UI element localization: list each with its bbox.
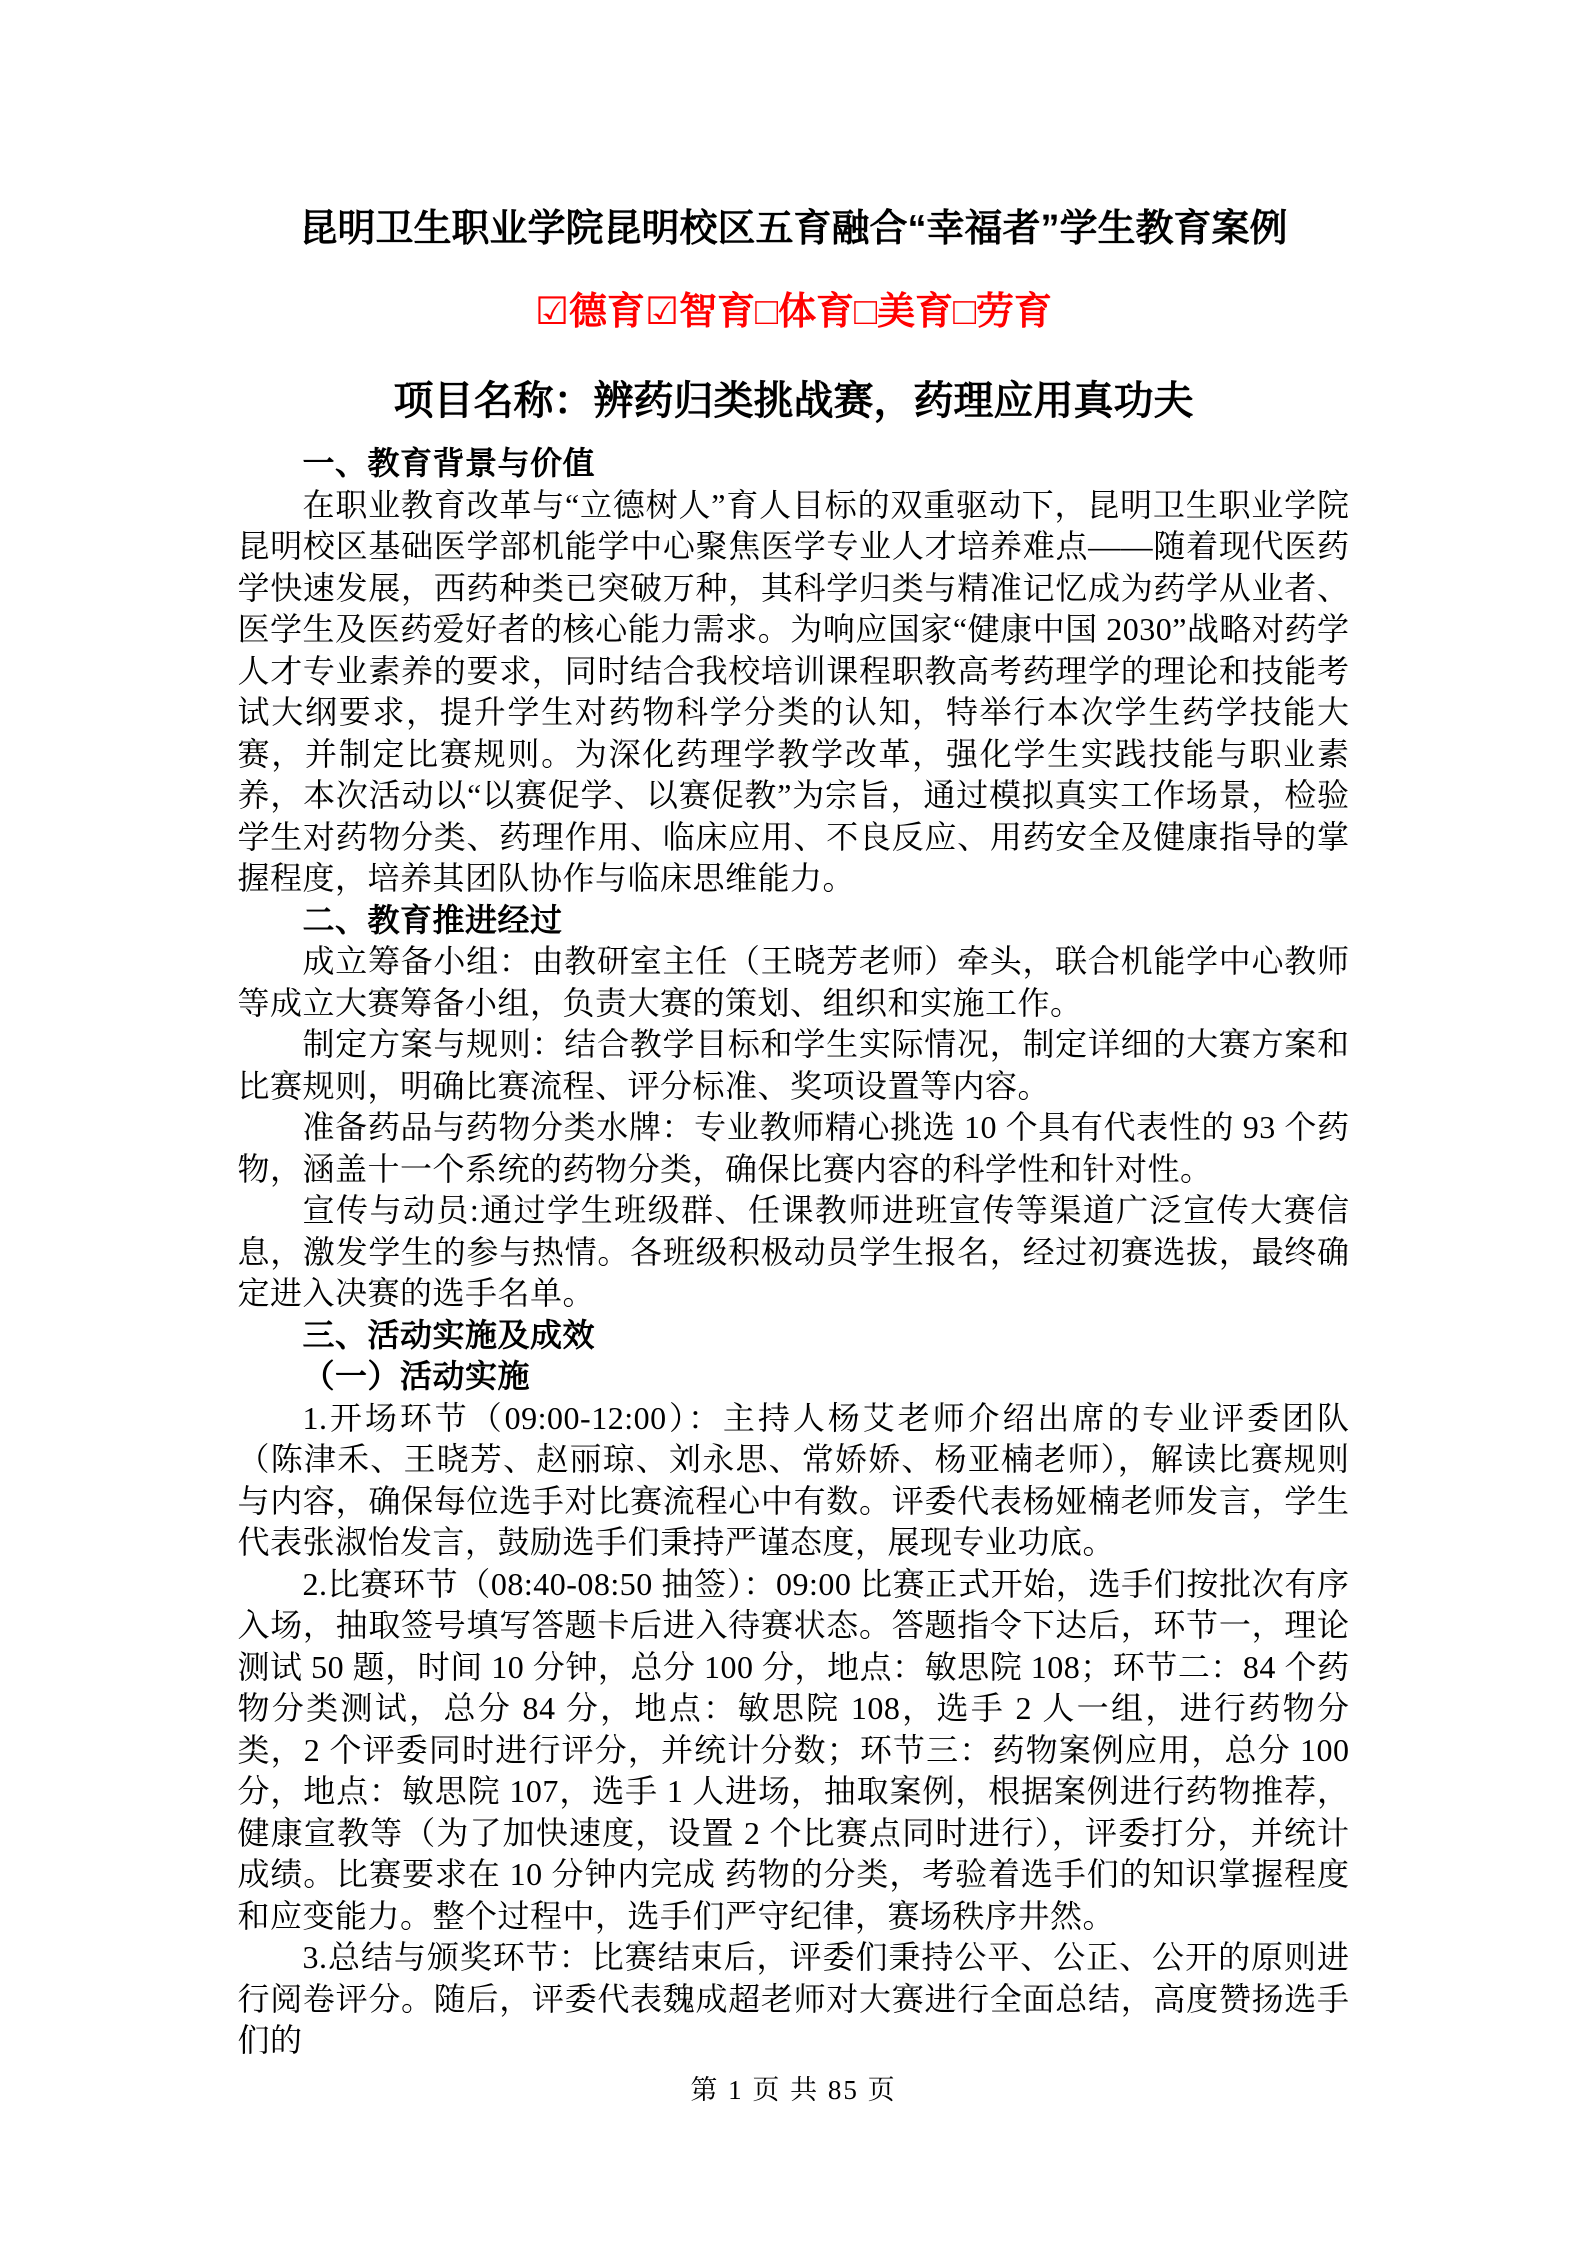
- paragraph: 3.总结与颁奖环节：比赛结束后，评委们秉持公平、公正、公开的原则进行阅卷评分。随…: [238, 1937, 1350, 2062]
- paragraph: 1.开场环节（09:00-12:00）：主持人杨艾老师介绍出席的专业评委团队（陈…: [238, 1398, 1350, 1564]
- subsection-heading-3-1: （一）活动实施: [238, 1356, 1350, 1398]
- checkbox-unchecked-icon: □: [953, 291, 976, 333]
- paragraph: 成立筹备小组：由教研室主任（王晓芳老师）牵头，联合机能学中心教师等成立大赛筹备小…: [238, 941, 1350, 1024]
- category-label-tiyu: 体育: [778, 291, 854, 333]
- five-education-checkbox-row: ☑德育☑智育□体育□美育□劳育: [0, 290, 1587, 336]
- checkbox-item-meiyu: □美育: [854, 291, 953, 333]
- category-label-zhiyu: 智育: [679, 291, 755, 333]
- checkbox-item-deyu: ☑德育: [535, 291, 645, 333]
- document-page: 昆明卫生职业学院昆明校区五育融合“幸福者”学生教育案例 ☑德育☑智育□体育□美育…: [0, 0, 1587, 2245]
- section-heading-3: 三、活动实施及成效: [238, 1315, 1350, 1357]
- paragraph: 宣传与动员:通过学生班级群、任课教师进班宣传等渠道广泛宣传大赛信息，激发学生的参…: [238, 1190, 1350, 1315]
- category-label-laoyu: 劳育: [976, 291, 1052, 333]
- checkbox-checked-icon: ☑: [645, 291, 679, 333]
- checkbox-item-tiyu: □体育: [755, 291, 854, 333]
- category-label-meiyu: 美育: [877, 291, 953, 333]
- paragraph: 在职业教育改革与“立德树人”育人目标的双重驱动下，昆明卫生职业学院昆明校区基础医…: [238, 485, 1350, 900]
- checkbox-unchecked-icon: □: [755, 291, 778, 333]
- paragraph: 2.比赛环节（08:40-08:50 抽签）：09:00 比赛正式开始，选手们按…: [238, 1564, 1350, 1938]
- page-number-label: 第 1 页 共 85 页: [690, 2075, 896, 2105]
- category-label-deyu: 德育: [569, 291, 645, 333]
- paragraph: 制定方案与规则：结合教学目标和学生实际情况，制定详细的大赛方案和比赛规则，明确比…: [238, 1024, 1350, 1107]
- page-footer: 第 1 页 共 85 页: [0, 2068, 1587, 2107]
- checkbox-checked-icon: ☑: [535, 291, 569, 333]
- checkbox-item-laoyu: □劳育: [953, 291, 1052, 333]
- section-heading-2: 二、教育推进经过: [238, 900, 1350, 942]
- checkbox-item-zhiyu: ☑智育: [645, 291, 755, 333]
- document-body: 一、教育背景与价值 在职业教育改革与“立德树人”育人目标的双重驱动下，昆明卫生职…: [238, 443, 1350, 2062]
- paragraph: 准备药品与药物分类水牌：专业教师精心挑选 10 个具有代表性的 93 个药物，涵…: [238, 1107, 1350, 1190]
- section-heading-1: 一、教育背景与价值: [238, 443, 1350, 485]
- document-title: 昆明卫生职业学院昆明校区五育融合“幸福者”学生教育案例: [194, 0, 1394, 254]
- project-title: 项目名称：辨药归类挑战赛，药理应用真功夫: [0, 375, 1587, 427]
- checkbox-unchecked-icon: □: [854, 291, 877, 333]
